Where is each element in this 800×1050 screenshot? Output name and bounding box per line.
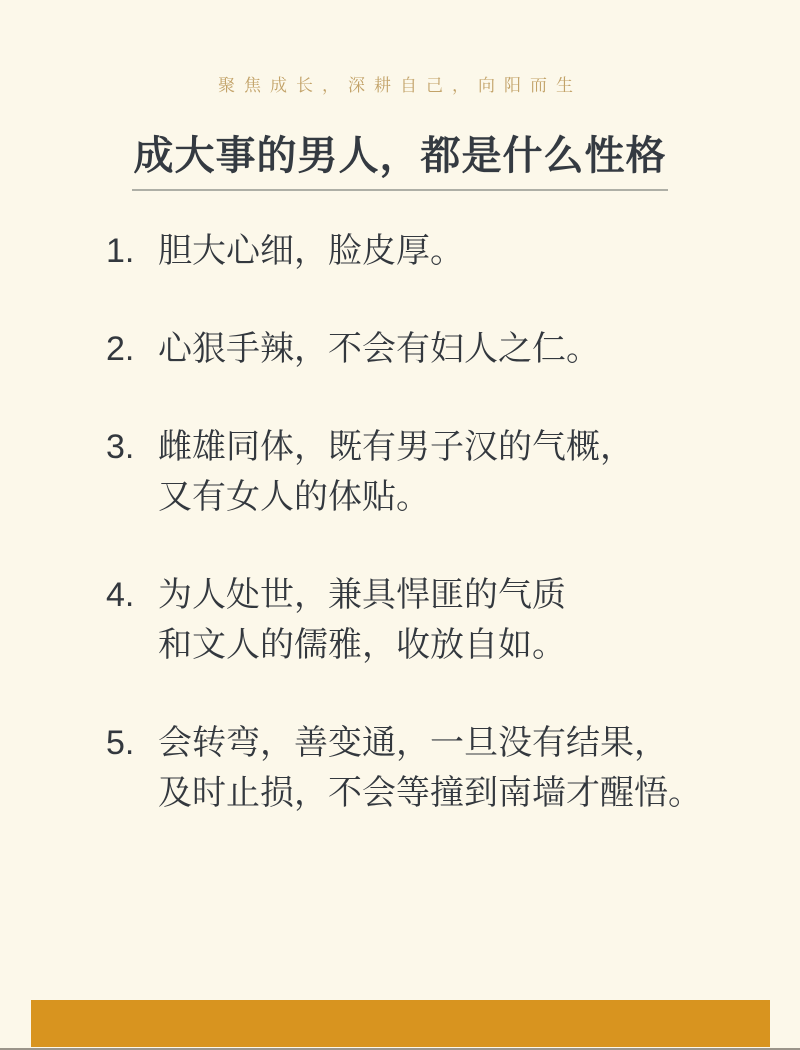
- accent-bar: [31, 1000, 770, 1047]
- list-item: 2. 心狠手辣，不会有妇人之仁。: [106, 324, 726, 374]
- list-item: 5. 会转弯，善变通，一旦没有结果，及时止损，不会等撞到南墙才醒悟。: [106, 718, 726, 818]
- item-text-line: 心狠手辣，不会有妇人之仁。: [158, 324, 726, 374]
- item-text-line: 会转弯，善变通，一旦没有结果，: [158, 718, 726, 768]
- title-divider: [132, 189, 668, 191]
- item-text: 心狠手辣，不会有妇人之仁。: [158, 324, 726, 374]
- item-text: 会转弯，善变通，一旦没有结果，及时止损，不会等撞到南墙才醒悟。: [158, 718, 726, 818]
- item-number: 1.: [106, 226, 158, 276]
- item-text-line: 雌雄同体，既有男子汉的气概，: [158, 422, 726, 472]
- list-item: 3. 雌雄同体，既有男子汉的气概，又有女人的体贴。: [106, 422, 726, 522]
- list-item: 4. 为人处世，兼具悍匪的气质和文人的儒雅，收放自如。: [106, 570, 726, 670]
- item-text: 为人处世，兼具悍匪的气质和文人的儒雅，收放自如。: [158, 570, 726, 670]
- trait-list: 1. 胆大心细，脸皮厚。 2. 心狠手辣，不会有妇人之仁。 3. 雌雄同体，既有…: [106, 226, 726, 866]
- page-tagline: 聚焦成长，深耕自己，向阳而生: [0, 74, 800, 98]
- item-text: 胆大心细，脸皮厚。: [158, 226, 726, 276]
- page-title: 成大事的男人，都是什么性格: [0, 132, 800, 180]
- item-text-line: 胆大心细，脸皮厚。: [158, 226, 726, 276]
- item-text: 雌雄同体，既有男子汉的气概，又有女人的体贴。: [158, 422, 726, 522]
- item-text-line: 及时止损，不会等撞到南墙才醒悟。: [158, 768, 726, 818]
- item-number: 2.: [106, 324, 158, 374]
- item-text-line: 和文人的儒雅，收放自如。: [158, 620, 726, 670]
- list-item: 1. 胆大心细，脸皮厚。: [106, 226, 726, 276]
- poster-card: 聚焦成长，深耕自己，向阳而生 成大事的男人，都是什么性格 1. 胆大心细，脸皮厚…: [0, 0, 800, 1050]
- item-number: 3.: [106, 422, 158, 472]
- item-text-line: 为人处世，兼具悍匪的气质: [158, 570, 726, 620]
- item-number: 5.: [106, 718, 158, 768]
- item-text-line: 又有女人的体贴。: [158, 472, 726, 522]
- item-number: 4.: [106, 570, 158, 620]
